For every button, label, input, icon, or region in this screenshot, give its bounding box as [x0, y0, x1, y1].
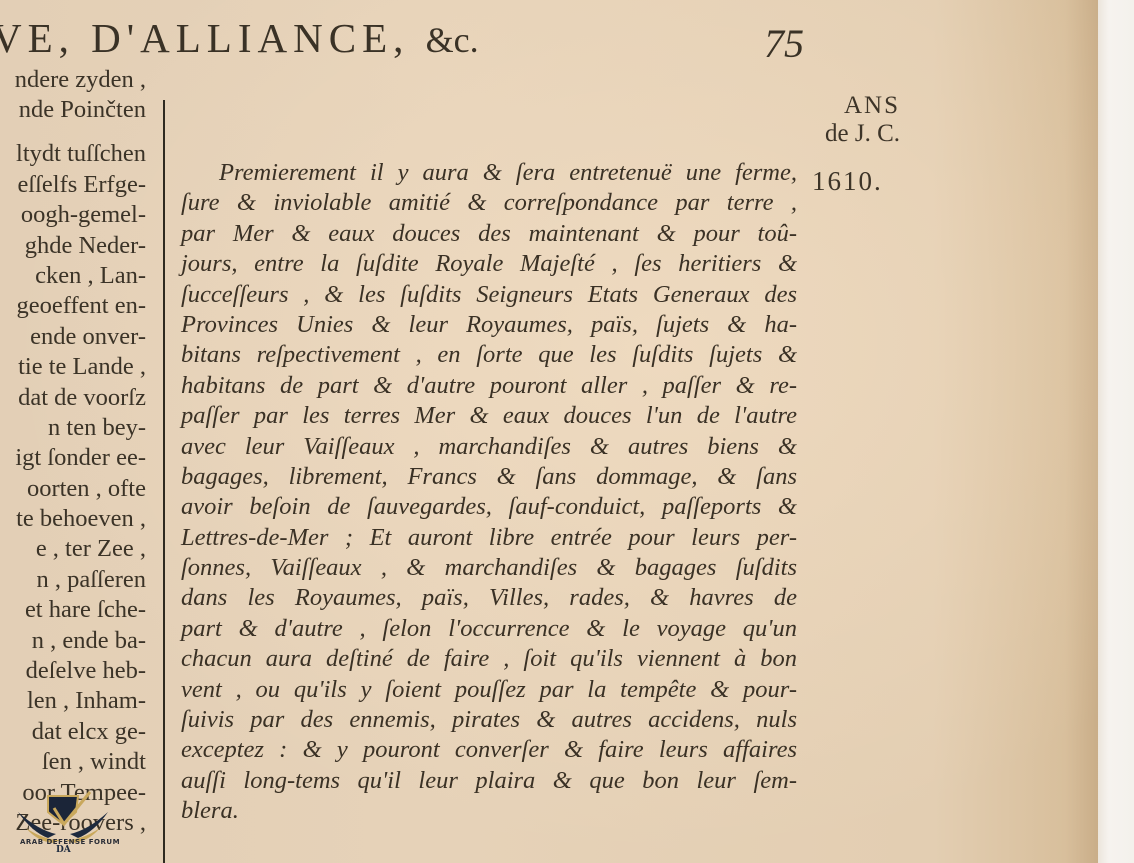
left-line: eſſelfs Erfge-	[0, 170, 146, 200]
page-number: 75	[764, 20, 804, 67]
left-line: n , ende ba-	[0, 626, 146, 656]
left-line: deſelve heb-	[0, 656, 146, 686]
main-column-french-text: Premierement il y aura & ſera entretenuë…	[181, 158, 797, 827]
left-line: len , Inham-	[0, 686, 146, 716]
main-line: bagages, librement, Francs & ſans dommag…	[181, 462, 797, 492]
main-line: ſuivis par des ennemis, pirates & autres…	[181, 705, 797, 735]
left-line: ende onver-	[0, 322, 146, 352]
left-line: dat de voorſz	[0, 383, 146, 413]
running-head: VE, D'ALLIANCE, &c.	[0, 14, 479, 62]
svg-text:DA: DA	[56, 845, 72, 855]
main-line: blera.	[181, 796, 797, 826]
main-line: auſſi long-tems qu'il leur plaira & que …	[181, 766, 797, 796]
margin-note-jc: de J. C.	[800, 120, 900, 148]
main-line: chacun aura deſtiné de faire , ſoit qu'i…	[181, 644, 797, 674]
left-line: oogh-gemel-	[0, 200, 146, 230]
left-line: igt ſonder ee-	[0, 443, 146, 473]
running-head-etc: &c.	[426, 20, 479, 60]
book-page: VE, D'ALLIANCE, &c. 75 ANS de J. C. 1610…	[0, 0, 1098, 863]
left-line: ltydt tuſſchen	[0, 139, 146, 169]
left-line: te behoeven ,	[0, 504, 146, 534]
left-line: n ten bey-	[0, 413, 146, 443]
main-line: avoir beſoin de ſauvegardes, ſauf-condui…	[181, 492, 797, 522]
watermark-text: ARAB DEFENSE FORUM	[20, 838, 120, 846]
left-line: nde Poinčten	[0, 95, 146, 139]
main-line: Provinces Unies & leur Royaumes, païs, ſ…	[181, 310, 797, 340]
main-line: dans les Royaumes, païs, Villes, rades, …	[181, 583, 797, 613]
main-line: par Mer & eaux douces des maintenant & p…	[181, 219, 797, 249]
running-head-title: VE, D'ALLIANCE,	[0, 15, 409, 61]
margin-note: ANS de J. C.	[800, 92, 900, 148]
main-line: jours, entre la ſuſdite Royale Majeſté ,…	[181, 249, 797, 279]
left-line: geoeffent en-	[0, 291, 146, 321]
main-line: part & d'autre , ſelon l'occurrence & le…	[181, 614, 797, 644]
main-line: Lettres-de-Mer ; Et auront libre entrée …	[181, 523, 797, 553]
left-column-dutch-text: ndere zyden , nde Poinčten ltydt tuſſche…	[0, 65, 146, 838]
left-line: oorten , ofte	[0, 474, 146, 504]
page-edge-background	[1098, 0, 1134, 863]
main-line: ſucceſſeurs , & les ſuſdits Seigneurs Et…	[181, 280, 797, 310]
main-line: avec leur Vaiſſeaux , marchandiſes & aut…	[181, 432, 797, 462]
margin-year: 1610.	[812, 166, 883, 197]
left-line: cken , Lan-	[0, 261, 146, 291]
main-line: Premierement il y aura & ſera entretenuë…	[181, 158, 797, 188]
left-line: et hare ſche-	[0, 595, 146, 625]
main-line: habitans de part & d'autre pouront aller…	[181, 371, 797, 401]
margin-note-ans: ANS	[800, 92, 900, 120]
main-line: vent , ou qu'ils y ſoient pouſſez par la…	[181, 675, 797, 705]
main-line: ſure & inviolable amitié & correſpondanc…	[181, 188, 797, 218]
watermark-logo-icon: DA	[18, 790, 108, 860]
left-line: ſen , windt	[0, 747, 146, 777]
main-line: paſſer par les terres Mer & eaux douces …	[181, 401, 797, 431]
left-line: tie te Lande ,	[0, 352, 146, 382]
left-line: ghde Neder-	[0, 231, 146, 261]
left-line: e , ter Zee ,	[0, 534, 146, 564]
left-line: n , paſſeren	[0, 565, 146, 595]
main-line: bitans reſpectivement , en ſorte que les…	[181, 340, 797, 370]
left-line: dat elcx ge-	[0, 717, 146, 747]
main-line: ſonnes, Vaiſſeaux , & marchandiſes & bag…	[181, 553, 797, 583]
main-line: exceptez : & y pouront converſer & faire…	[181, 735, 797, 765]
column-divider-rule	[163, 100, 165, 863]
left-line: ndere zyden ,	[0, 65, 146, 95]
